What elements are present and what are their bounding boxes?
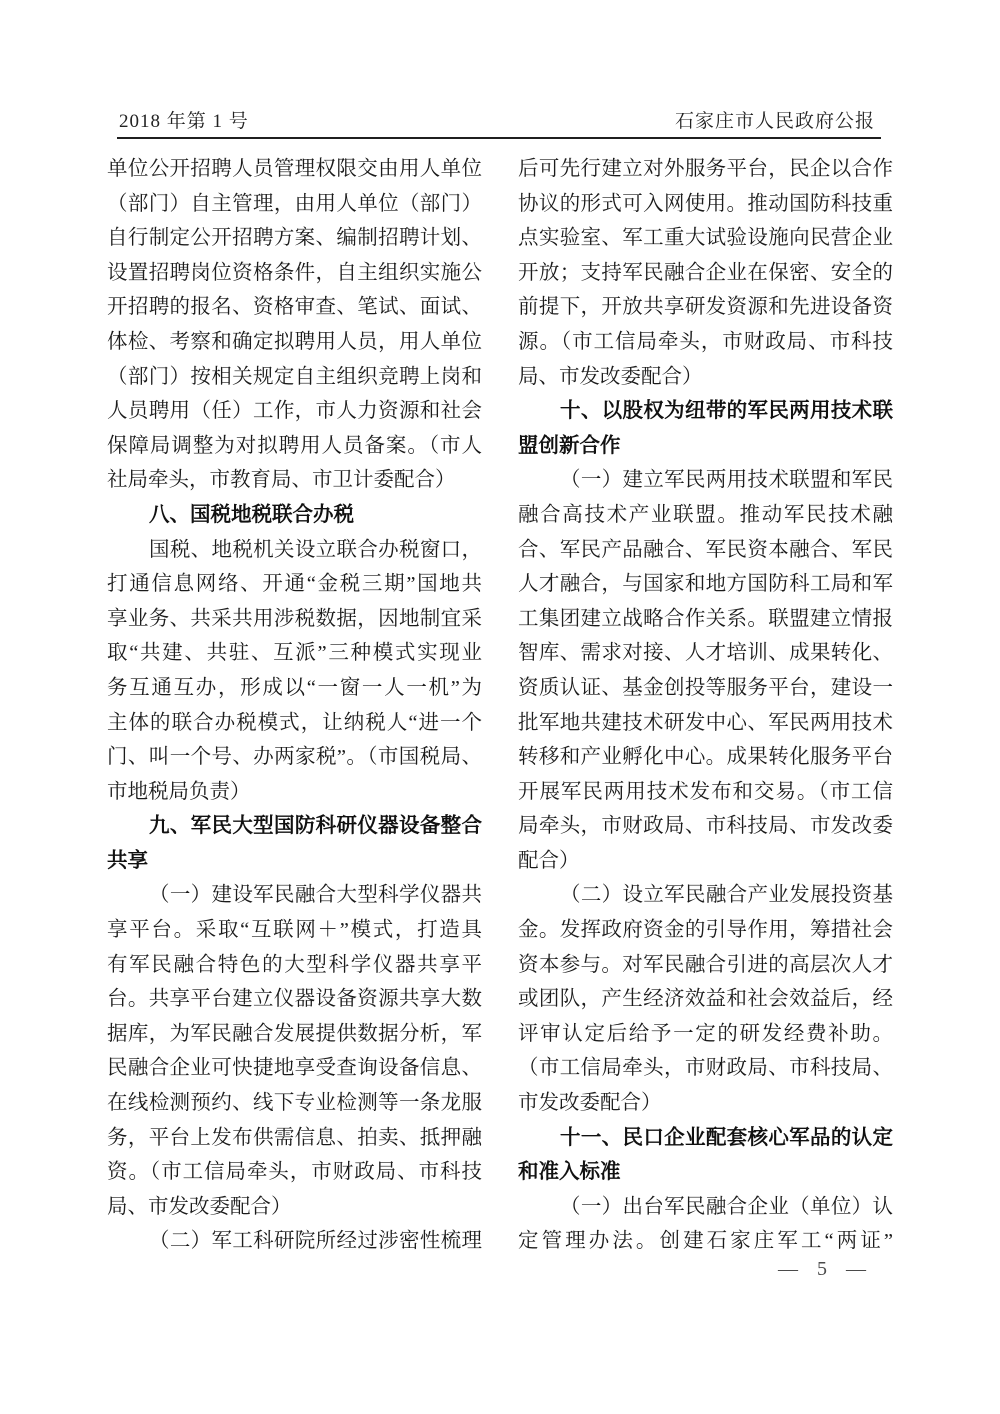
section-heading-line: 共享: [107, 844, 482, 879]
text-line: 资质认证、基金创投等服务平台，建设一: [518, 671, 893, 706]
text-line: 保障局调整为对拟聘用人员备案。（市人: [107, 429, 482, 464]
text-line: 前提下，开放共享研发资源和先进设备资: [518, 290, 893, 325]
text-line: 金。发挥政府资金的引导作用，筹措社会: [518, 913, 893, 948]
text-line: 后可先行建立对外服务平台，民企以合作: [518, 152, 893, 187]
text-line: 定管理办法。创建石家庄军工“两证”: [518, 1224, 893, 1259]
text-line: 资。（市工信局牵头，市财政局、市科技: [107, 1155, 482, 1190]
gazette-page: 2018 年第 1 号 石家庄市人民政府公报 单位公开招聘人员管理权限交由用人单…: [0, 0, 1000, 1414]
text-line: （部门）按相关规定自主组织竞聘上岗和: [107, 360, 482, 395]
text-line: 融合高技术产业联盟。推动军民技术融: [518, 498, 893, 533]
text-line: 取“共建、共驻、互派”三种模式实现业: [107, 636, 482, 671]
text-line: 打通信息网络、开通“金税三期”国地共: [107, 567, 482, 602]
text-line: 有军民融合特色的大型科学仪器共享平: [107, 948, 482, 983]
text-line: 主体的联合办税模式，让纳税人“进一个: [107, 706, 482, 741]
text-line: 社局牵头，市教育局、市卫计委配合）: [107, 463, 482, 498]
text-line: 民融合企业可快捷地享受查询设备信息、: [107, 1051, 482, 1086]
section-heading-line: 八、国税地税联合办税: [107, 498, 482, 533]
text-line: 自行制定公开招聘方案、编制招聘计划、: [107, 221, 482, 256]
text-line: 工集团建立战略合作关系。联盟建立情报: [518, 602, 893, 637]
text-line: 局、市发改委配合）: [107, 1190, 482, 1225]
text-line: 享平台。采取“互联网＋”模式，打造具: [107, 913, 482, 948]
text-line: （二）设立军民融合产业发展投资基: [518, 878, 893, 913]
text-line: 享业务、共采共用涉税数据，因地制宜采: [107, 602, 482, 637]
section-heading-line: 十一、民口企业配套核心军品的认定: [518, 1121, 893, 1156]
text-line: 开展军民两用技术发布和交易。（市工信: [518, 775, 893, 810]
text-line: 点实验室、军工重大试验设施向民营企业: [518, 221, 893, 256]
text-line: 国税、地税机关设立联合办税窗口，: [107, 533, 482, 568]
text-line: 开招聘的报名、资格审查、笔试、面试、: [107, 290, 482, 325]
text-line: 务互通互办，形成以“一窗一人一机”为: [107, 671, 482, 706]
text-line: 局牵头，市财政局、市科技局、市发改委: [518, 809, 893, 844]
text-line: 门、叫一个号、办两家税”。（市国税局、: [107, 740, 482, 775]
text-line: 转移和产业孵化中心。成果转化服务平台: [518, 740, 893, 775]
text-line: 市地税局负责）: [107, 775, 482, 810]
section-heading-line: 九、军民大型国防科研仪器设备整合: [107, 809, 482, 844]
text-line: （二）军工科研院所经过涉密性梳理: [107, 1224, 482, 1259]
header-gazette-title: 石家庄市人民政府公报: [675, 106, 875, 133]
header-rule: [117, 137, 881, 139]
left-column: 单位公开招聘人员管理权限交由用人单位（部门）自主管理，由用人单位（部门）自行制定…: [107, 152, 482, 1259]
text-line: （市工信局牵头，市财政局、市科技局、: [518, 1051, 893, 1086]
text-line: 台。共享平台建立仪器设备资源共享大数: [107, 982, 482, 1017]
text-line: （部门）自主管理，由用人单位（部门）: [107, 187, 482, 222]
text-line: 设置招聘岗位资格条件，自主组织实施公: [107, 256, 482, 291]
right-column: 后可先行建立对外服务平台，民企以合作协议的形式可入网使用。推动国防科技重点实验室…: [518, 152, 893, 1259]
text-line: 源。（市工信局牵头，市财政局、市科技: [518, 325, 893, 360]
text-line: 局、市发改委配合）: [518, 360, 893, 395]
text-line: 据库，为军民融合发展提供数据分析，军: [107, 1017, 482, 1052]
text-line: 资本参与。对军民融合引进的高层次人才: [518, 948, 893, 983]
text-line: （一）出台军民融合企业（单位）认: [518, 1190, 893, 1225]
section-heading-line: 盟创新合作: [518, 429, 893, 464]
text-line: 批军地共建技术研发中心、军民两用技术: [518, 706, 893, 741]
text-line: 在线检测预约、线下专业检测等一条龙服: [107, 1086, 482, 1121]
text-line: 单位公开招聘人员管理权限交由用人单位: [107, 152, 482, 187]
text-line: 合、军民产品融合、军民资本融合、军民: [518, 533, 893, 568]
text-line: 开放；支持军民融合企业在保密、安全的: [518, 256, 893, 291]
text-line: 协议的形式可入网使用。推动国防科技重: [518, 187, 893, 222]
text-line: （一）建立军民两用技术联盟和军民: [518, 463, 893, 498]
page-number: — 5 —: [778, 1258, 867, 1281]
text-line: 务，平台上发布供需信息、拍卖、抵押融: [107, 1121, 482, 1156]
section-heading-line: 十、以股权为纽带的军民两用技术联: [518, 394, 893, 429]
text-line: 智库、需求对接、人才培训、成果转化、: [518, 636, 893, 671]
page-header: 2018 年第 1 号 石家庄市人民政府公报: [119, 106, 875, 133]
text-line: （一）建设军民融合大型科学仪器共: [107, 878, 482, 913]
text-line: 人员聘用（任）工作，市人力资源和社会: [107, 394, 482, 429]
text-line: 市发改委配合）: [518, 1086, 893, 1121]
header-issue-label: 2018 年第 1 号: [119, 106, 249, 133]
text-line: 或团队，产生经济效益和社会效益后，经: [518, 982, 893, 1017]
text-line: 评审认定后给予一定的研发经费补助。: [518, 1017, 893, 1052]
section-heading-line: 和准入标准: [518, 1155, 893, 1190]
text-line: 人才融合，与国家和地方国防科工局和军: [518, 567, 893, 602]
text-line: 体检、考察和确定拟聘用人员，用人单位: [107, 325, 482, 360]
text-line: 配合）: [518, 844, 893, 879]
document-body: 单位公开招聘人员管理权限交由用人单位（部门）自主管理，由用人单位（部门）自行制定…: [107, 152, 893, 1259]
